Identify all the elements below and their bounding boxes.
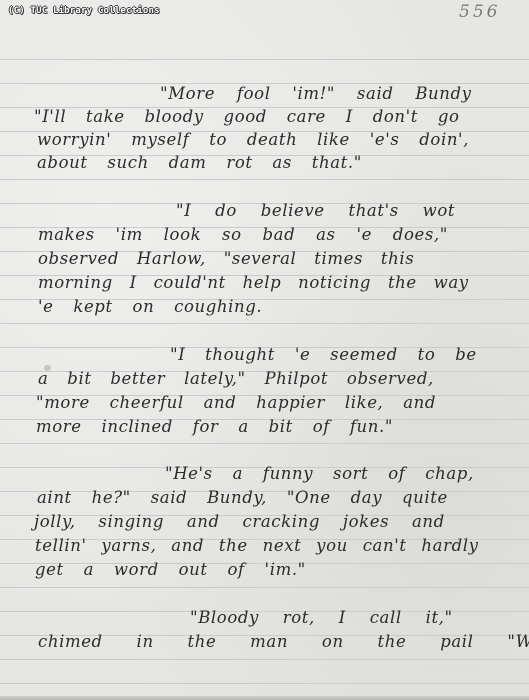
page-edge xyxy=(0,696,529,700)
line-text: "More fool 'im!" said Bundy xyxy=(160,83,472,105)
manuscript-line: makes 'im look so bad as 'e does," xyxy=(0,224,529,246)
line-text: more inclined for a bit of fun." xyxy=(36,416,393,438)
line-text: morning I could'nt help noticing the way xyxy=(38,272,469,294)
manuscript-line: "He's a funny sort of chap, xyxy=(0,463,529,485)
manuscript-line: "I'll take bloody good care I don't go xyxy=(0,106,529,128)
manuscript-page: (C) TUC Library Collections 556 "More fo… xyxy=(0,0,529,700)
manuscript-line: "More fool 'im!" said Bundy xyxy=(0,83,529,105)
manuscript-line: observed Harlow, "several times this xyxy=(0,248,529,270)
line-text: aint he?" said Bundy, "One day quite xyxy=(37,487,448,509)
line-text: makes 'im look so bad as 'e does," xyxy=(38,224,448,246)
line-text: "Bloody rot, I call it," xyxy=(190,607,453,629)
manuscript-line: tellin' yarns, and the next you can't ha… xyxy=(0,535,529,557)
line-text: "He's a funny sort of chap, xyxy=(165,463,474,485)
manuscript-line: chimed in the man on the pail "Wot xyxy=(0,631,529,653)
manuscript-line: 'e kept on coughing. xyxy=(0,296,529,318)
manuscript-line: worryin' myself to death like 'e's doin'… xyxy=(0,129,529,151)
manuscript-line: a bit better lately," Philpot observed, xyxy=(0,368,529,390)
manuscript-line: "more cheerful and happier like, and xyxy=(0,392,529,414)
manuscript-line: about such dam rot as that." xyxy=(0,152,529,174)
line-text: get a word out of 'im." xyxy=(35,559,306,581)
line-text: worryin' myself to death like 'e's doin'… xyxy=(37,129,469,151)
manuscript-line: aint he?" said Bundy, "One day quite xyxy=(0,487,529,509)
manuscript-line: more inclined for a bit of fun." xyxy=(0,416,529,438)
manuscript-line: morning I could'nt help noticing the way xyxy=(0,272,529,294)
line-text: tellin' yarns, and the next you can't ha… xyxy=(35,535,479,557)
handwritten-text: "More fool 'im!" said Bundy "I'll take b… xyxy=(0,0,529,700)
manuscript-line: "I do believe that's wot xyxy=(0,200,529,222)
line-text: 'e kept on coughing. xyxy=(38,296,262,318)
line-text: "I thought 'e seemed to be xyxy=(170,344,477,366)
line-text: about such dam rot as that." xyxy=(37,152,362,174)
manuscript-line: jolly, singing and cracking jokes and xyxy=(0,511,529,533)
line-text: "I do believe that's wot xyxy=(176,200,455,222)
manuscript-line: get a word out of 'im." xyxy=(0,559,529,581)
line-text: jolly, singing and cracking jokes and xyxy=(34,511,445,533)
manuscript-line: "I thought 'e seemed to be xyxy=(0,344,529,366)
line-text: a bit better lately," Philpot observed, xyxy=(38,368,434,390)
line-text: observed Harlow, "several times this xyxy=(38,248,414,270)
line-text: "I'll take bloody good care I don't go xyxy=(34,106,460,128)
line-text: "more cheerful and happier like, and xyxy=(36,392,436,414)
manuscript-line: "Bloody rot, I call it," xyxy=(0,607,529,629)
line-text: chimed in the man on the pail "Wot xyxy=(38,631,529,653)
